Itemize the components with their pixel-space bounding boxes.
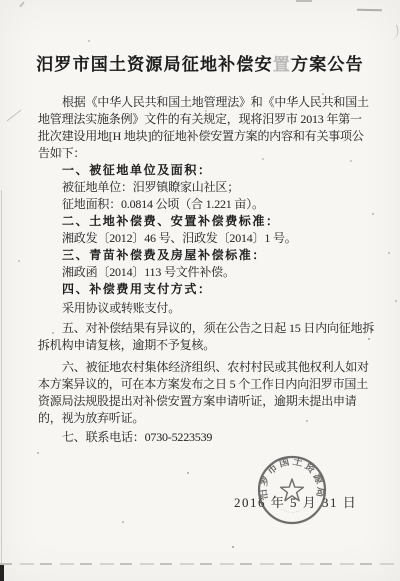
text-line: 根据《中华人民共和国土地管理法》和《中华人民共和国土 [38,94,372,111]
text-line: 的，视为放弃听证。 [38,410,372,427]
scan-curve-mark [384,25,400,42]
scan-corner-mark [0,565,4,581]
text-line: 本方案异议的，可在本方案发布之日 5 个工作日内向汨罗市国土 [38,376,372,393]
scan-top-dash [296,0,312,2]
title-smudged-char: 置 [273,55,291,74]
text-line: 征地面积：0.0814 公顷（合 1.221 亩）。 [38,196,372,213]
scan-slash-mark [7,110,22,122]
scan-bottom-line [0,563,400,565]
seal-ring-text: 汨罗市国土资源局 [256,454,328,500]
title-text-after: 方案公告 [291,55,364,74]
text-line: 拆机构申请复核，逾期不予复核。 [38,337,372,354]
scanned-notice-page: 汨罗市国土资源局征地补偿安置方案公告 根据《中华人民共和国土地管理法》和《中华人… [0,0,400,581]
scan-scratch-mark [357,9,382,11]
text-line: 湘政发〔2012〕46 号、汨政发〔2014〕1 号。 [38,230,372,247]
section-heading: 二、土地补偿费、安置补偿费标准： [38,213,372,230]
section-heading: 一、被征地单位及面积： [38,162,372,179]
notice-body: 根据《中华人民共和国土地管理法》和《中华人民共和国土 地管理法实施条例》文件的有… [38,94,372,446]
text-line: 采用协议或转账支付。 [38,300,372,317]
official-seal: 汨罗市国土资源局 ········· [253,451,331,529]
seal-bottom-marks: ········· [280,507,304,515]
svg-text:·········: ········· [280,507,304,515]
text-line: 资源局法规股提出对补偿安置方案申请听证，逾期未提出申请 [38,393,372,410]
text-line: 五、对补偿结果有异议的，须在公告之日起 15 日内向征地拆 [38,320,372,337]
seal-star-icon [281,479,304,501]
title-text-before: 汨罗市国土资源局征地补偿安 [36,55,273,74]
page-title: 汨罗市国土资源局征地补偿安置方案公告 [0,50,400,75]
text-line: 地管理法实施条例》文件的有关规定，现将汨罗市 2013 年第一 [38,111,372,128]
text-line: 六、被征地农村集体经济组织、农村村民或其他权利人如对 [38,359,372,376]
contact-phone-line: 七、联系电话：0730-5223539 [38,429,372,446]
section-heading: 四、补偿费用支付方式： [38,281,372,298]
text-line: 被征地单位：汨罗镇瞭家山社区； [38,179,372,196]
text-line: 告如下： [38,145,372,162]
scan-noise-speckles [0,0,2,2]
svg-text:汨罗市国土资源局: 汨罗市国土资源局 [256,454,328,500]
scan-topleft-mark [19,1,31,12]
text-line: 湘政函〔2014〕113 号文件补偿。 [38,264,372,281]
scan-edge-line [1,190,2,564]
text-line: 批次建设用地[H 地块]的征地补偿安置方案的内容和有关事项公 [38,128,372,145]
section-heading: 三、青苗补偿费及房屋补偿标准： [38,247,372,264]
